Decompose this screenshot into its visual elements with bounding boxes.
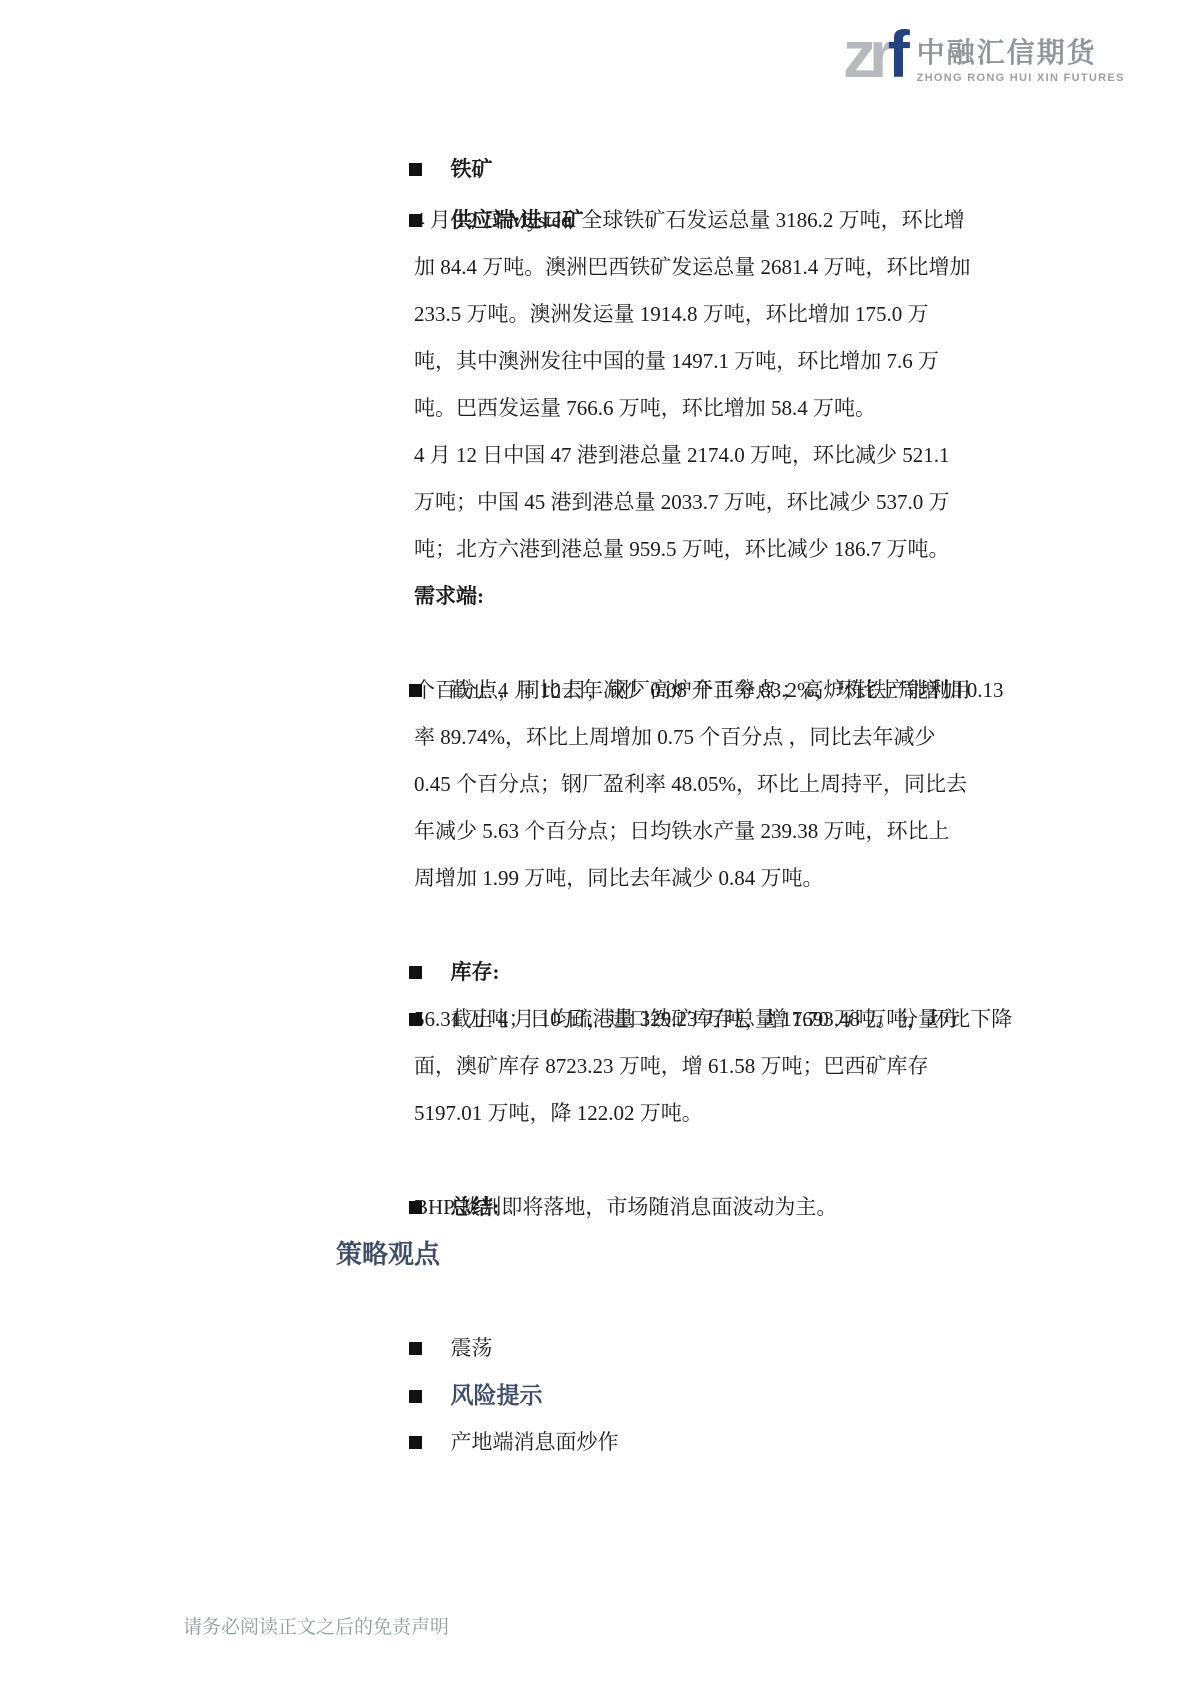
list-item-label: 铁矿 — [451, 157, 493, 181]
paragraph-line: 万吨；中国 45 港到港总量 2033.7 万吨，环比减少 537.0 万 — [0, 479, 1190, 526]
paragraph-line: 年减少 5.63 个百分点；日均铁水产量 239.38 万吨，环比上 — [0, 808, 1190, 855]
list-item-label: 风险提示 — [451, 1382, 543, 1408]
bullet-square-icon — [409, 163, 422, 176]
heading-demand: 需求端: — [0, 573, 1190, 620]
list-item-label: 震荡 — [451, 1336, 493, 1360]
bullet-square-icon — [409, 684, 422, 697]
bullet-square-icon — [409, 966, 422, 979]
paragraph-line: 0.45 个百分点；钢厂盈利率 48.05%，环比上周持平，同比去 — [0, 761, 1190, 808]
paragraph-line: 面，澳矿库存 8723.23 万吨，增 61.58 万吨；巴西矿库存 — [0, 1043, 1190, 1090]
company-logo: zrf 中融汇信期货 ZHONG RONG HUI XIN FUTURES — [843, 24, 1125, 84]
paragraph-line: 5197.01 万吨，降 122.02 万吨。 — [0, 1090, 1190, 1137]
list-item-risk: 风险提示 — [0, 1325, 1190, 1372]
logo-zrf-mark: zrf — [843, 24, 903, 84]
report-page: zrf 中融汇信期货 ZHONG RONG HUI XIN FUTURES 铁矿… — [0, 0, 1190, 1683]
paragraph-line: 个百分点，同比去年减少 0.08 个百分点 ；高炉炼铁产能利用 — [0, 667, 1190, 714]
paragraph-line: 加 84.4 万吨。澳洲巴西铁矿发运总量 2681.4 万吨，环比增加 — [0, 244, 1190, 291]
paragraph-line: 吨；北方六港到港总量 959.5 万吨，环比减少 186.7 万吨。 — [0, 526, 1190, 573]
company-name-en: ZHONG RONG HUI XIN FUTURES — [917, 72, 1125, 84]
bullet-square-icon — [409, 1436, 422, 1449]
bullet-square-icon — [409, 1201, 422, 1214]
paragraph-line: 率 89.74%，环比上周增加 0.75 个百分点 ，同比去年减少 — [0, 714, 1190, 761]
logo-names: 中融汇信期货 ZHONG RONG HUI XIN FUTURES — [917, 24, 1125, 84]
list-item-strategy-view: 震荡 — [0, 1278, 1190, 1325]
logo-letters-zr: zr — [843, 17, 888, 91]
bullet-square-icon — [409, 1342, 422, 1355]
list-item-supply: 供应端:进口矿 — [0, 150, 1190, 197]
list-item-summary: 总结: — [0, 1137, 1190, 1184]
bullet-square-icon — [409, 1390, 422, 1403]
list-item-label: 产地端消息面炒作 — [451, 1430, 619, 1454]
list-item-iron-ore: 铁矿 — [0, 99, 1190, 146]
logo-letter-f: f — [888, 17, 903, 91]
paragraph-line: 233.5 万吨。澳洲发运量 1914.8 万吨，环比增加 175.0 万 — [0, 291, 1190, 338]
bullet-square-icon — [409, 1013, 422, 1026]
disclaimer-note: 请务必阅读正文之后的免责声明 — [183, 1614, 449, 1642]
section-heading-strategy: 策略观点 — [0, 1231, 1190, 1278]
paragraph-line: 4 月 12 日 Mysteel 全球铁矿石发运总量 3186.2 万吨，环比增 — [0, 197, 1190, 244]
paragraph-line: 4 月 12 日中国 47 港到港总量 2174.0 万吨，环比减少 521.1 — [0, 432, 1190, 479]
paragraph-line: 吨。巴西发运量 766.6 万吨，环比增加 58.4 万吨。 — [0, 385, 1190, 432]
list-item-label: 库存: — [451, 960, 500, 984]
bullet-square-icon — [409, 214, 422, 227]
list-item-inventory: 库存: — [0, 902, 1190, 949]
paragraph-line: 周增加 1.99 万吨，同比去年减少 0.84 万吨。 — [0, 855, 1190, 902]
list-item-risk-detail: 产地端消息面炒作 — [0, 1372, 1190, 1419]
list-item-inventory-detail: 截止 4 月 10 日，进口铁矿库存总量 17693.48 万吨，环比下降 — [0, 949, 1190, 996]
paragraph-line: 吨，其中澳洲发往中国的量 1497.1 万吨，环比增加 7.6 万 — [0, 338, 1190, 385]
summary-paragraph: BHP 谈判即将落地，市场随消息面波动为主。 — [0, 1184, 1190, 1231]
company-name-cn: 中融汇信期货 — [917, 40, 1125, 66]
list-item-demand: 截止 4 月 10 日，钢厂高炉开工率 83.2%，环比上周增加 0.13 — [0, 620, 1190, 667]
report-body: 铁矿 供应端:进口矿 4 月 12 日 Mysteel 全球铁矿石发运总量 31… — [0, 99, 1190, 1419]
